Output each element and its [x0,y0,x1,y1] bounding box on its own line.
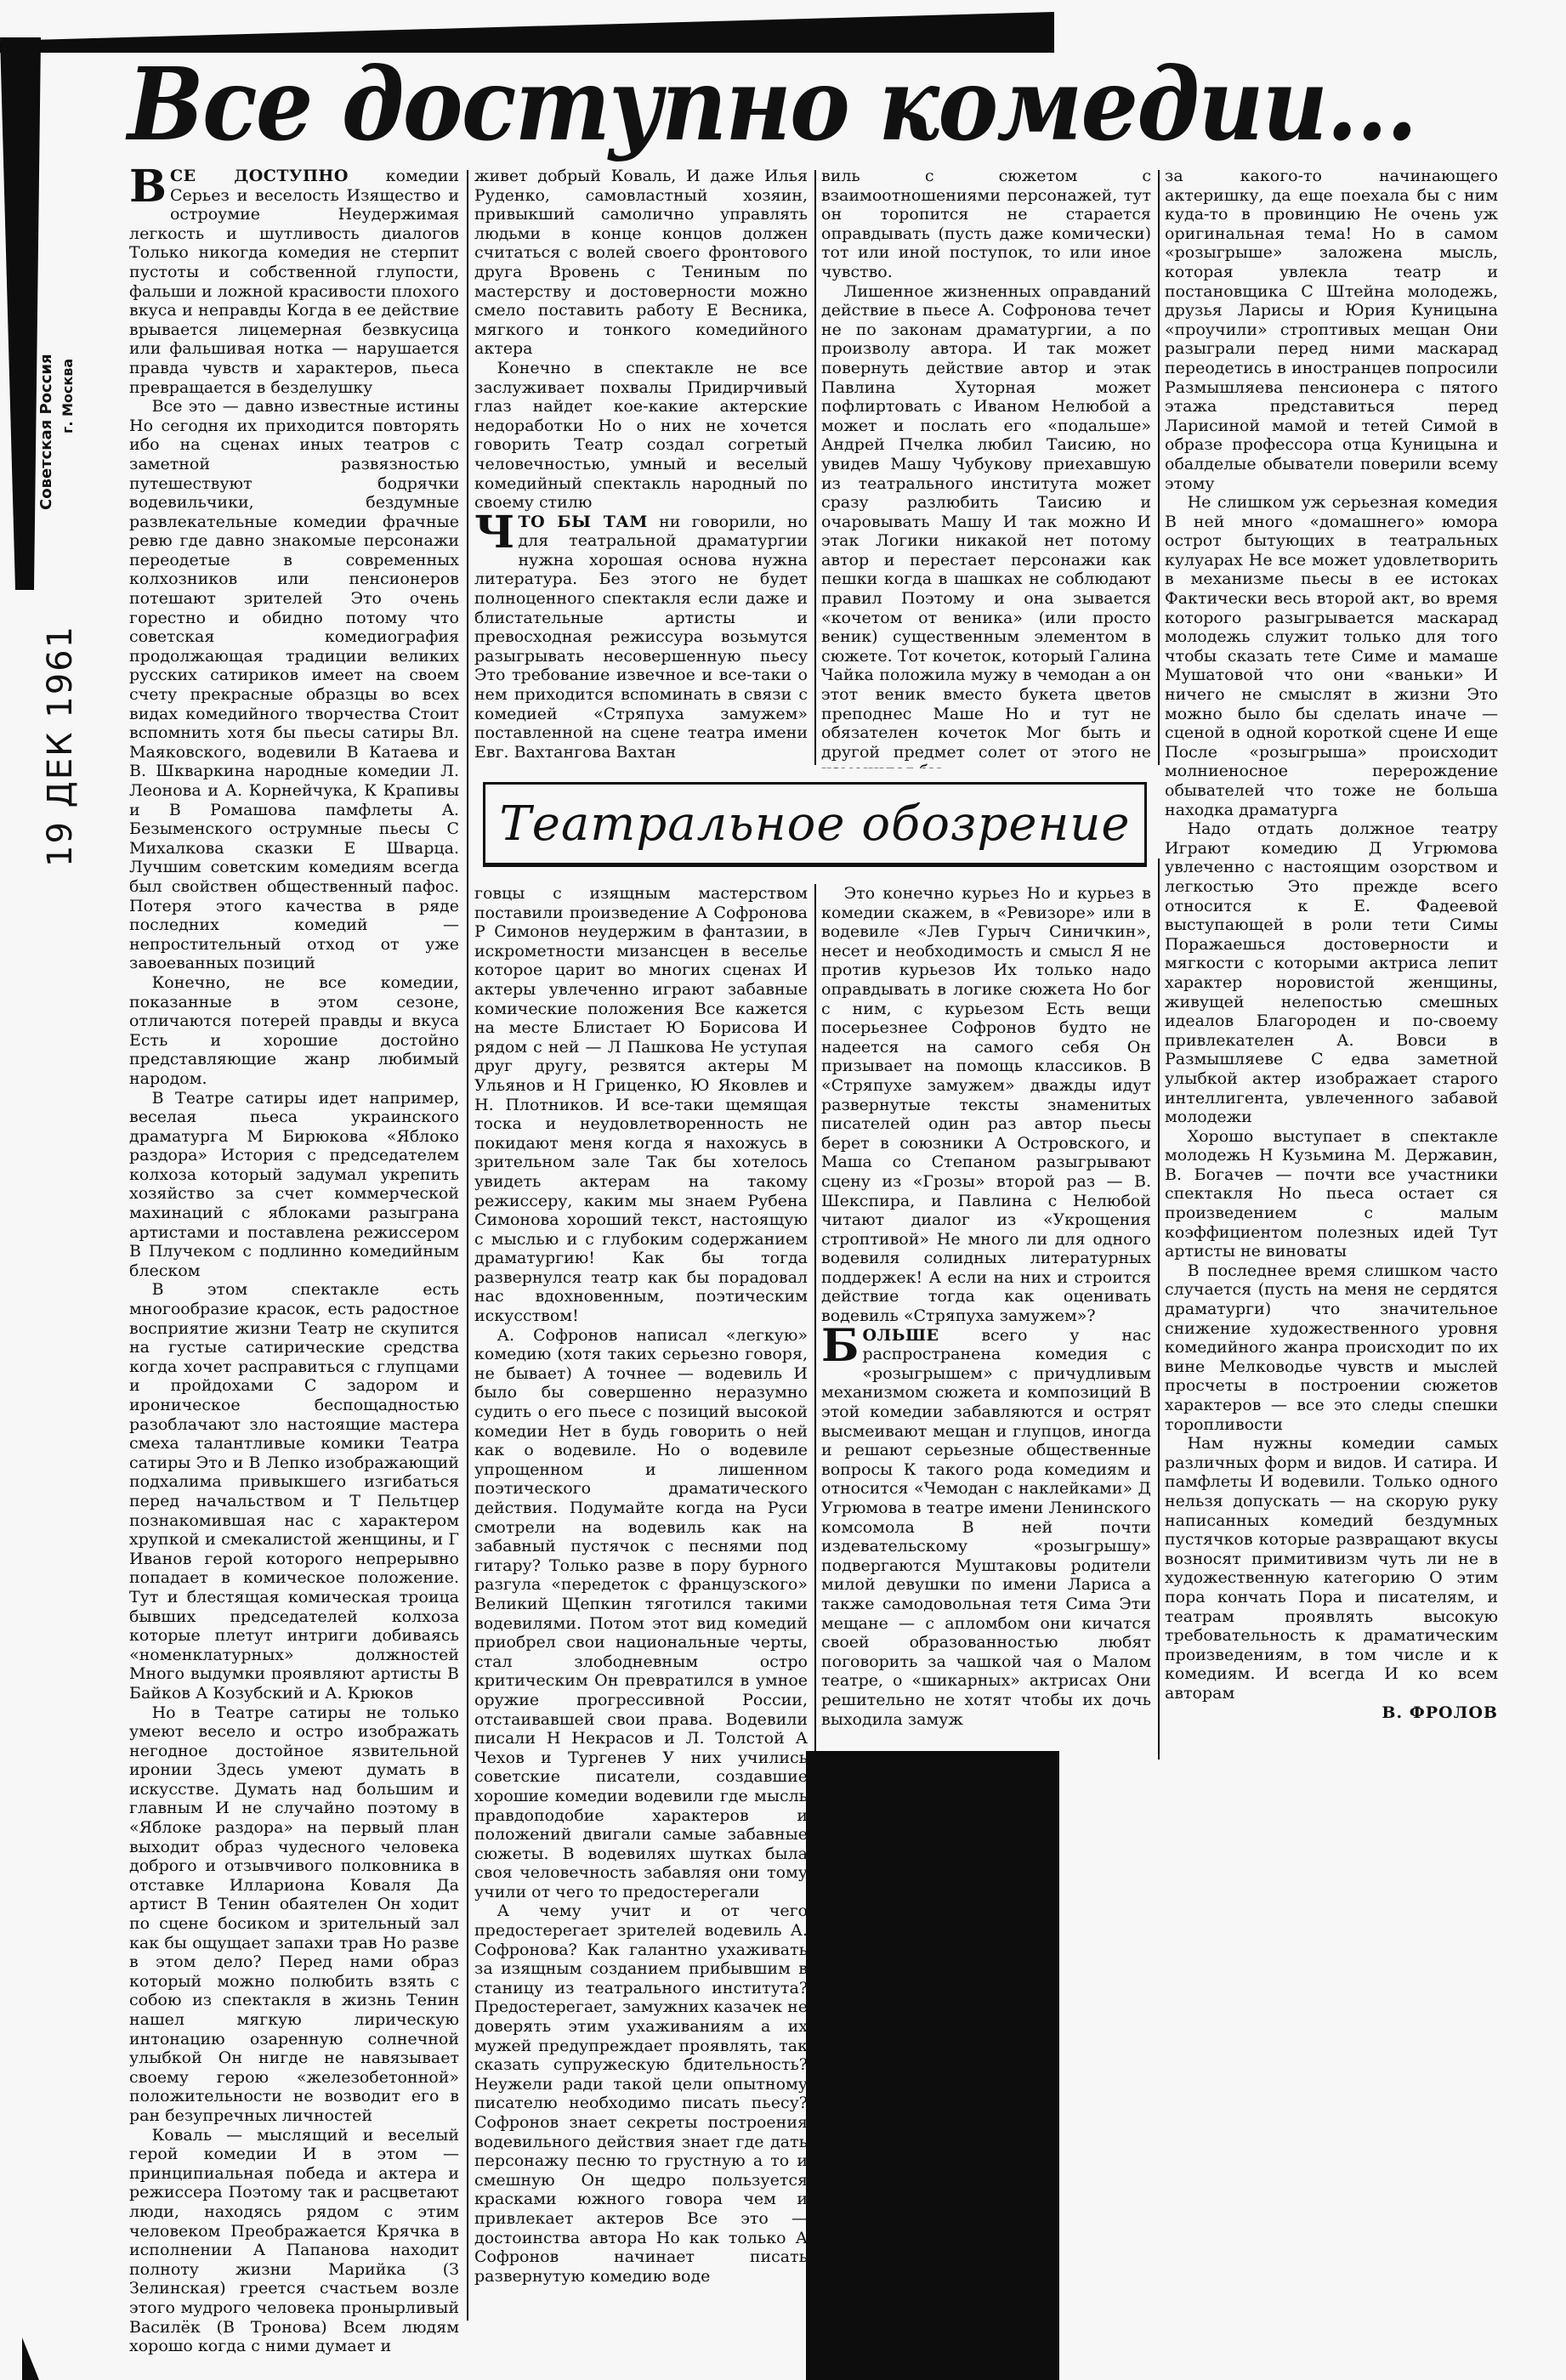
paragraph: А чему учит и от чего предостерегает зри… [474,1901,808,2286]
stamp-newspaper-name: Советская Россия [37,354,55,510]
section-rubric: Театральное обозрение [483,782,1147,867]
paragraph: Нам нужны комедии самых различных форм и… [1165,1434,1498,1703]
column-divider [467,170,468,2320]
paragraph: Коваль — мыслящий и веселый герой комеди… [129,2126,459,2356]
bottom-left-mark [22,2337,39,2380]
article-column-3-bottom: Это конечно курьез Но и курьез в комедии… [821,884,1151,1747]
drop-cap: Ч [474,514,514,552]
paragraph: В Театре сатиры идет например, веселая п… [129,1089,459,1281]
paragraph: Но в Театре сатиры не только умеют весел… [129,1703,459,2126]
paragraph: за какого-то начинающего актеришку, да е… [1165,167,1498,493]
article-column-4: за какого-то начинающего актеришку, да е… [1165,167,1501,1765]
article-column-2-top: живет добрый Коваль, И даже Илья Руденко… [474,167,808,768]
column-divider [814,884,816,1751]
author-signature: В. ФРОЛОВ [1165,1703,1498,1723]
paragraph: Конечно, не все комедии, показанные в эт… [129,973,459,1089]
column-divider [814,170,816,765]
paragraph: В этом спектакле есть многообразие красо… [129,1280,459,1703]
article-headline: Все доступно комедии... [128,49,1352,168]
archive-stamp: Советская Россия г. Москва 19 ДЕК 1961 [37,306,88,901]
section-paragraph: ЧТО БЫ ТАМ ни говорили, но для театральн… [474,513,808,762]
black-scan-block [806,1751,1059,2380]
paragraph: живет добрый Коваль, И даже Илья Руденко… [474,167,808,359]
stamp-city: г. Москва [60,359,76,433]
paragraph: Надо отдать должное театру Играют комеди… [1165,819,1498,1127]
left-black-border [0,37,41,590]
article-column-2-bottom: говцы с изящным мастерством поставили пр… [474,884,808,2363]
paragraph: Конечно в спектакле не все заслуживает п… [474,359,808,513]
section-paragraph: БОЛЬШЕ всего у нас распространена комеди… [821,1326,1151,1729]
stamp-date: 19 ДЕК 1961 [41,625,80,867]
column-divider [1158,170,1160,765]
paragraph: Это конечно курьез Но и курьез в комедии… [821,884,1151,1326]
paragraph: Хорошо выступает в спектакле молодежь Н … [1165,1127,1498,1261]
paragraph: говцы с изящным мастерством поставили пр… [474,884,808,1326]
drop-cap: В [129,168,167,206]
paragraph: Лишенное жизненных оправданий действие в… [821,282,1151,768]
paragraph: А. Софронов написал «легкую» комедию (хо… [474,1326,808,1902]
paragraph: виль с сюжетом с взаимоотношениями персо… [821,167,1151,282]
drop-cap: Б [821,1328,859,1365]
paragraph: Все это — давно известные истины Но сего… [129,397,459,973]
article-column-3-top: виль с сюжетом с взаимоотношениями персо… [821,167,1151,768]
paragraph: Не слишком уж серьезная комедия В ней мн… [1165,493,1498,819]
column-divider [1158,858,1160,1759]
article-column-1: ВСЕ ДОСТУПНО комедии Серьез и веселость … [129,167,459,2360]
paragraph: В последнее время слишком часто случаетс… [1165,1261,1498,1434]
lead-paragraph: ВСЕ ДОСТУПНО комедии Серьез и веселость … [129,167,459,397]
